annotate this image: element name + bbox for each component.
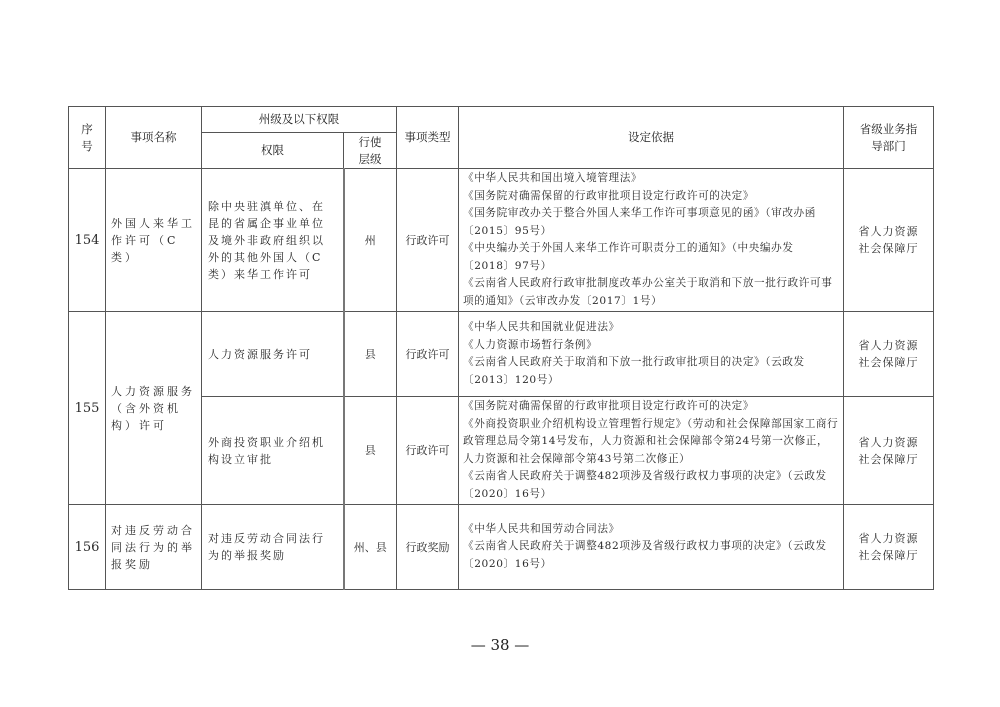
header-group-prefecture-and-below: 州级及以下权限 bbox=[202, 107, 397, 133]
row-exercise-level: 州、县 bbox=[344, 505, 397, 590]
row-seq: 155 bbox=[69, 312, 106, 505]
authority-table: 序号 事项名称 州级及以下权限 事项类型 设定依据 省级业务指导部门 权限 行使… bbox=[68, 106, 934, 590]
header-legal-basis: 设定依据 bbox=[459, 107, 844, 169]
row-item-type: 行政许可 bbox=[397, 169, 459, 312]
row-authority: 对违反劳动合同法行为的举报奖励 bbox=[202, 505, 344, 590]
table-row: 154 外国人来华工作许可（C类） 除中央驻滇单位、在昆的省属企事业单位及境外非… bbox=[69, 169, 934, 312]
header-seq: 序号 bbox=[69, 107, 106, 169]
row-legal-basis: 《中华人民共和国就业促进法》 《人力资源市场暂行条例》 《云南省人民政府关于取消… bbox=[459, 312, 844, 397]
basis-line: 《云南省人民政府关于调整482项涉及省级行政权力事项的决定》（云政发〔2020〕… bbox=[463, 538, 839, 573]
basis-line: 《外商投资职业介绍机构设立管理暂行规定》（劳动和社会保障部国家工商行政管理总局令… bbox=[463, 416, 839, 469]
basis-line: 《中华人民共和国就业促进法》 bbox=[463, 319, 839, 337]
row-provincial-dept: 省人力资源社会保障厅 bbox=[844, 312, 934, 397]
basis-line: 《云南省人民政府关于取消和下放一批行政审批项目的决定》（云政发〔2013〕120… bbox=[463, 354, 839, 389]
basis-line: 《国务院对确需保留的行政审批项目设定行政许可的决定》 bbox=[463, 188, 839, 206]
row-item-name: 外国人来华工作许可（C类） bbox=[106, 169, 202, 312]
header-provincial-dept: 省级业务指导部门 bbox=[844, 107, 934, 169]
row-item-type: 行政许可 bbox=[397, 312, 459, 397]
row-provincial-dept: 省人力资源社会保障厅 bbox=[844, 169, 934, 312]
header-exercise-level: 行使层级 bbox=[344, 133, 397, 169]
table-row: 155 人力资源服务（含外资机构）许可 人力资源服务许可 县 行政许可 《中华人… bbox=[69, 312, 934, 397]
table-row: 156 对违反劳动合同法行为的举报奖励 对违反劳动合同法行为的举报奖励 州、县 … bbox=[69, 505, 934, 590]
basis-line: 《中央编办关于外国人来华工作许可职责分工的通知》（中央编办发〔2018〕97号） bbox=[463, 240, 839, 275]
row-exercise-level: 州 bbox=[344, 169, 397, 312]
row-item-name: 对违反劳动合同法行为的举报奖励 bbox=[106, 505, 202, 590]
row-seq: 156 bbox=[69, 505, 106, 590]
row-seq: 154 bbox=[69, 169, 106, 312]
row-exercise-level: 县 bbox=[344, 397, 397, 505]
header-authority: 权限 bbox=[202, 133, 344, 169]
row-authority: 除中央驻滇单位、在昆的省属企事业单位及境外非政府组织以外的其他外国人（C类）来华… bbox=[202, 169, 344, 312]
header-item-name: 事项名称 bbox=[106, 107, 202, 169]
row-legal-basis: 《中华人民共和国劳动合同法》 《云南省人民政府关于调整482项涉及省级行政权力事… bbox=[459, 505, 844, 590]
row-provincial-dept: 省人力资源社会保障厅 bbox=[844, 397, 934, 505]
basis-line: 《中华人民共和国劳动合同法》 bbox=[463, 521, 839, 539]
row-legal-basis: 《国务院对确需保留的行政审批项目设定行政许可的决定》 《外商投资职业介绍机构设立… bbox=[459, 397, 844, 505]
basis-line: 《国务院对确需保留的行政审批项目设定行政许可的决定》 bbox=[463, 398, 839, 416]
basis-line: 《云南省人民政府关于调整482项涉及省级行政权力事项的决定》（云政发〔2020〕… bbox=[463, 468, 839, 503]
row-provincial-dept: 省人力资源社会保障厅 bbox=[844, 505, 934, 590]
row-item-name: 人力资源服务（含外资机构）许可 bbox=[106, 312, 202, 505]
row-authority: 外商投资职业介绍机构设立审批 bbox=[202, 397, 344, 505]
row-legal-basis: 《中华人民共和国出境入境管理法》 《国务院对确需保留的行政审批项目设定行政许可的… bbox=[459, 169, 844, 312]
row-item-type: 行政奖励 bbox=[397, 505, 459, 590]
basis-line: 《中华人民共和国出境入境管理法》 bbox=[463, 170, 839, 188]
row-item-type: 行政许可 bbox=[397, 397, 459, 505]
header-item-type: 事项类型 bbox=[397, 107, 459, 169]
basis-line: 《国务院审改办关于整合外国人来华工作许可事项意见的函》（审改办函〔2015〕95… bbox=[463, 205, 839, 240]
basis-line: 《云南省人民政府行政审批制度改革办公室关于取消和下放一批行政许可事项的通知》（云… bbox=[463, 275, 839, 310]
row-exercise-level: 县 bbox=[344, 312, 397, 397]
row-authority: 人力资源服务许可 bbox=[202, 312, 344, 397]
basis-line: 《人力资源市场暂行条例》 bbox=[463, 337, 839, 355]
page-number: — 38 — bbox=[0, 636, 1000, 654]
